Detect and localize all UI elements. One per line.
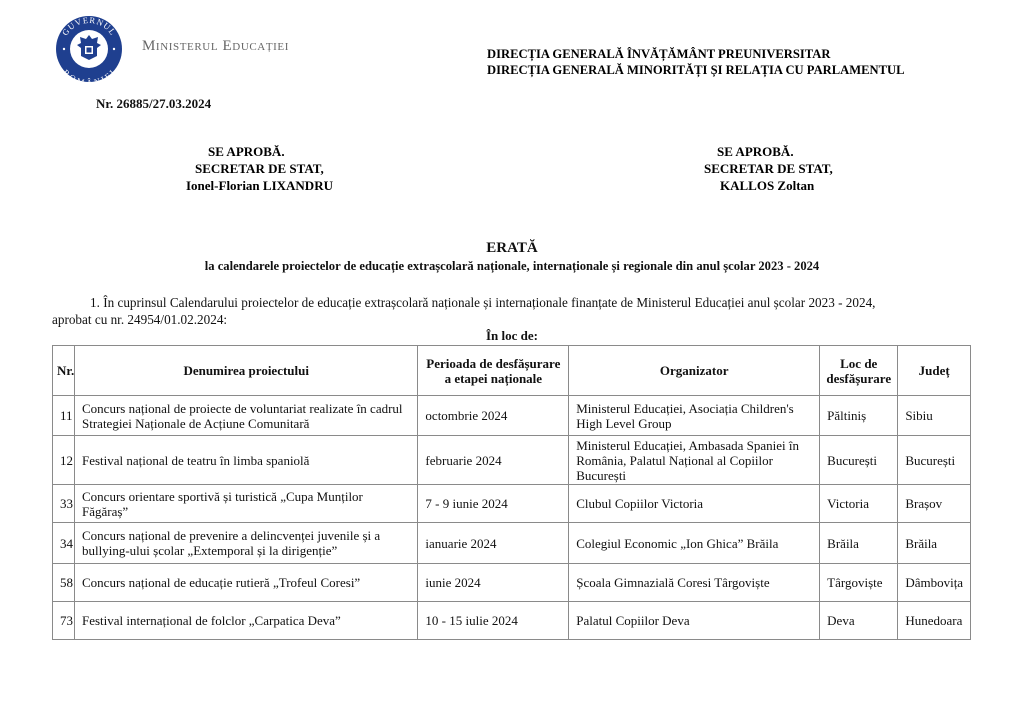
- cell-county: București: [898, 436, 971, 485]
- cell-nr: 58: [53, 564, 75, 602]
- cell-location: Păltiniș: [820, 396, 898, 436]
- table-row: 34Concurs național de prevenire a delinc…: [53, 523, 971, 564]
- cell-organizer: Palatul Copiilor Deva: [569, 602, 820, 640]
- approval-heading: SE APROBĂ.: [0, 143, 1024, 160]
- cell-county: Hunedoara: [898, 602, 971, 640]
- table-body: 11Concurs național de proiecte de volunt…: [53, 396, 971, 640]
- guvernul-romaniei-seal-icon: GUVERNUL ROMÂNIEI: [52, 15, 126, 83]
- cell-nr: 12: [53, 436, 75, 485]
- cell-project-name: Concurs orientare sportivă și turistică …: [75, 485, 418, 523]
- cell-organizer: Colegiul Economic „Ion Ghica” Brăila: [569, 523, 820, 564]
- direction-line: DIRECȚIA GENERALĂ ÎNVĂȚĂMÂNT PREUNIVERSI…: [487, 47, 905, 63]
- cell-location: Brăila: [820, 523, 898, 564]
- approval-signatory: KALLOS Zoltan: [0, 177, 1024, 194]
- cell-period: februarie 2024: [418, 436, 569, 485]
- cell-project-name: Concurs național de educație rutieră „Tr…: [75, 564, 418, 602]
- direction-line: DIRECȚIA GENERALĂ MINORITĂȚI ȘI RELAȚIA …: [487, 63, 905, 79]
- cell-nr: 34: [53, 523, 75, 564]
- ministry-name: Ministerul Educației: [142, 38, 289, 55]
- table-row: 12Festival național de teatru în limba s…: [53, 436, 971, 485]
- table-row: 33Concurs orientare sportivă și turistic…: [53, 485, 971, 523]
- table-row: 11Concurs național de proiecte de volunt…: [53, 396, 971, 436]
- cell-organizer: Clubul Copiilor Victoria: [569, 485, 820, 523]
- cell-nr: 11: [53, 396, 75, 436]
- cell-location: București: [820, 436, 898, 485]
- approval-role: SECRETAR DE STAT,: [0, 160, 1024, 177]
- cell-location: Deva: [820, 602, 898, 640]
- cell-organizer: Școala Gimnazială Coresi Târgoviște: [569, 564, 820, 602]
- cell-project-name: Festival național de teatru în limba spa…: [75, 436, 418, 485]
- cell-period: 10 - 15 iulie 2024: [418, 602, 569, 640]
- directions-block: DIRECȚIA GENERALĂ ÎNVĂȚĂMÂNT PREUNIVERSI…: [487, 47, 905, 78]
- cell-organizer: Ministerul Educației, Ambasada Spaniei î…: [569, 436, 820, 485]
- table-header-row: Nr. Denumirea proiectului Perioada de de…: [53, 346, 971, 396]
- cell-project-name: Festival internațional de folclor „Carpa…: [75, 602, 418, 640]
- header-period: Perioada de desfășurare a etapei naționa…: [418, 346, 569, 396]
- approval-block-right: SE APROBĂ. SECRETAR DE STAT, KALLOS Zolt…: [0, 143, 1024, 194]
- header-county: Județ: [898, 346, 971, 396]
- header-location: Loc de desfășurare: [820, 346, 898, 396]
- paragraph-line: 1. În cuprinsul Calendarului proiectelor…: [52, 294, 982, 311]
- cell-county: Brăila: [898, 523, 971, 564]
- table-row: 58Concurs național de educație rutieră „…: [53, 564, 971, 602]
- header-project-name: Denumirea proiectului: [75, 346, 418, 396]
- projects-table: Nr. Denumirea proiectului Perioada de de…: [52, 345, 971, 640]
- government-seal-logo: GUVERNUL ROMÂNIEI: [52, 15, 126, 83]
- body-paragraph: 1. În cuprinsul Calendarului proiectelor…: [52, 294, 982, 328]
- paragraph-line: aprobat cu nr. 24954/01.02.2024:: [52, 311, 982, 328]
- cell-nr: 73: [53, 602, 75, 640]
- document-number: Nr. 26885/27.03.2024: [96, 96, 211, 112]
- cell-project-name: Concurs național de prevenire a delincve…: [75, 523, 418, 564]
- table-caption: În loc de:: [0, 328, 1024, 344]
- cell-period: iunie 2024: [418, 564, 569, 602]
- cell-period: octombrie 2024: [418, 396, 569, 436]
- cell-location: Târgoviște: [820, 564, 898, 602]
- document-subtitle: la calendarele proiectelor de educație e…: [0, 259, 1024, 274]
- cell-organizer: Ministerul Educației, Asociația Children…: [569, 396, 820, 436]
- cell-period: ianuarie 2024: [418, 523, 569, 564]
- cell-project-name: Concurs național de proiecte de voluntar…: [75, 396, 418, 436]
- header-organizer: Organizator: [569, 346, 820, 396]
- cell-nr: 33: [53, 485, 75, 523]
- cell-location: Victoria: [820, 485, 898, 523]
- cell-county: Sibiu: [898, 396, 971, 436]
- header-nr: Nr.: [53, 346, 75, 396]
- cell-county: Brașov: [898, 485, 971, 523]
- cell-county: Dâmbovița: [898, 564, 971, 602]
- table-row: 73Festival internațional de folclor „Car…: [53, 602, 971, 640]
- document-title: ERATĂ: [0, 240, 1024, 257]
- cell-period: 7 - 9 iunie 2024: [418, 485, 569, 523]
